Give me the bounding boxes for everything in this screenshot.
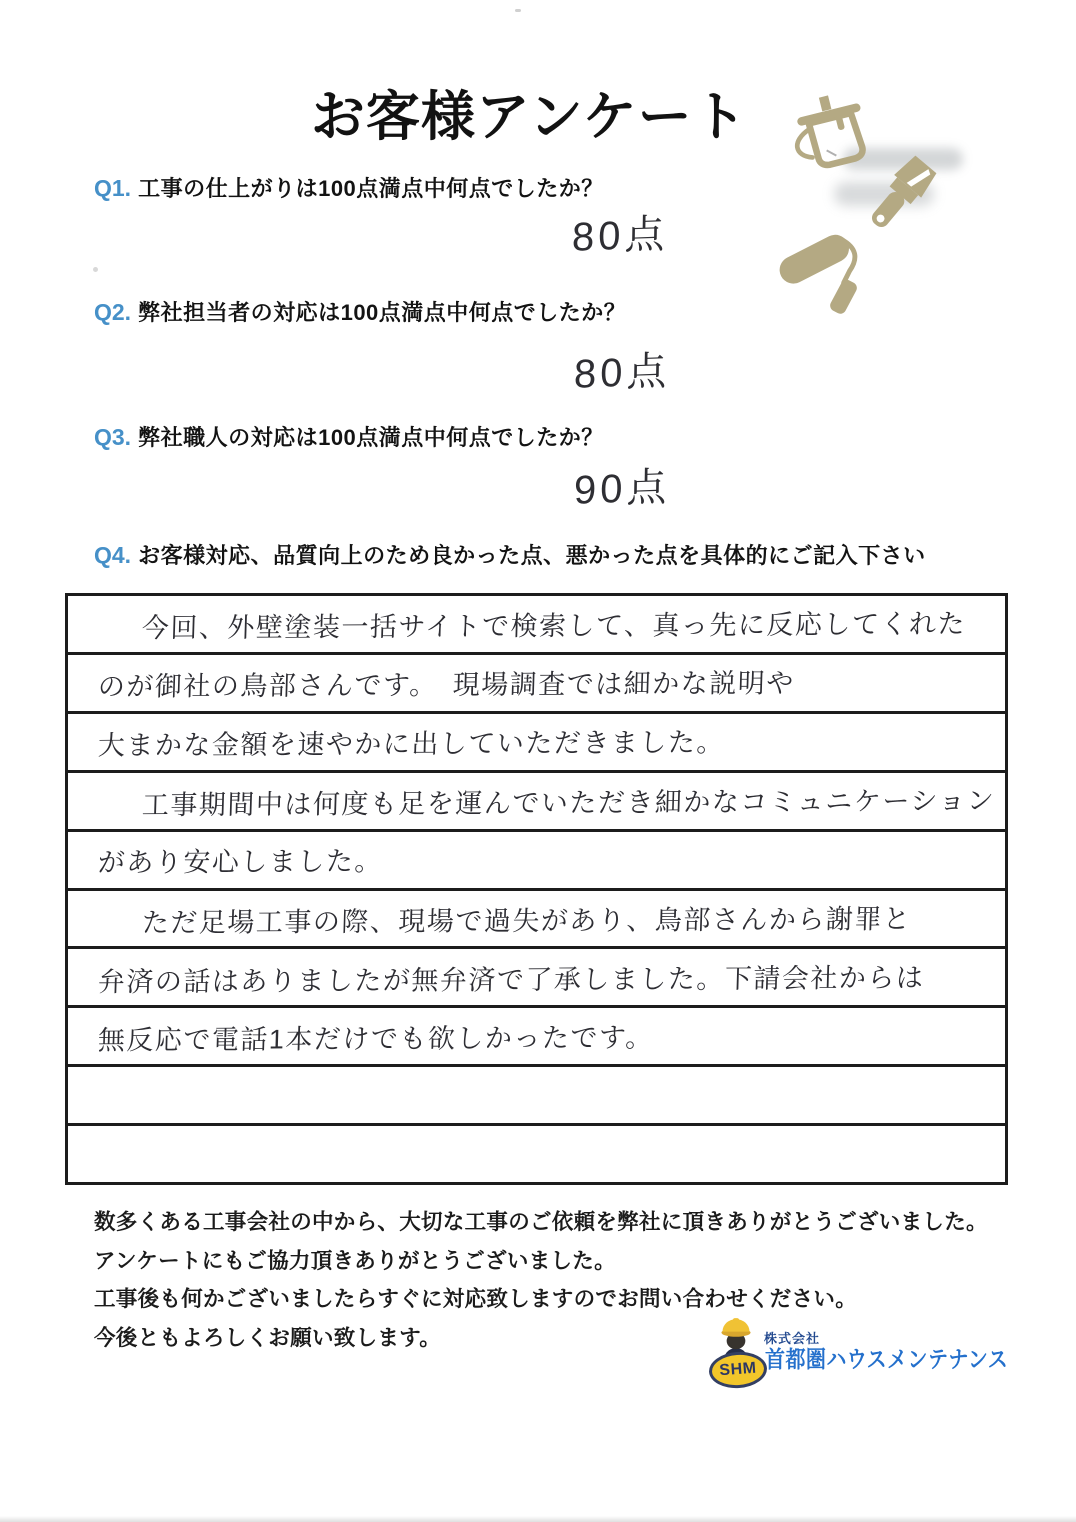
- page-title: お客様アンケート: [311, 74, 748, 151]
- paint-roller-icon: [774, 220, 884, 318]
- question-1-handwritten-answer: 80点: [572, 202, 669, 262]
- comment-line: があり安心しました。: [68, 832, 1005, 891]
- handwritten-text: 工事期間中は何度も足を運んでいただき細かなコミュニケーション: [141, 779, 996, 822]
- question-4-label: Q4.: [94, 542, 131, 569]
- question-2-handwritten-answer: 80点: [574, 339, 671, 399]
- comment-line-empty: [68, 1067, 1005, 1126]
- comment-line: 大まかな金額を速やかに出していただきました。: [68, 714, 1005, 773]
- comment-line: ただ足場工事の際、現場で過失があり、鳥部さんから謝罪と: [68, 891, 1005, 950]
- comment-line: 今回、外壁塗装一括サイトで検索して、真っ先に反応してくれた: [68, 596, 1005, 655]
- scan-speck: [515, 9, 521, 12]
- question-2-label: Q2.: [94, 299, 131, 326]
- question-1-label: Q1.: [94, 175, 131, 202]
- scan-edge-shadow: [0, 1516, 1076, 1522]
- footer-line-2: アンケートにもご協力頂きありがとうございました。: [94, 1242, 974, 1281]
- handwritten-text: があり安心しました。: [97, 839, 383, 879]
- handwritten-text: のが御社の鳥部さんです。 現場調査では細かな説明や: [97, 662, 795, 705]
- question-1-text: 工事の仕上がりは100点満点中何点でしたか？: [138, 172, 604, 203]
- comment-line: 工事期間中は何度も足を運んでいただき細かなコミュニケーション: [68, 773, 1005, 832]
- handwritten-text: ただ足場工事の際、現場で過失があり、鳥部さんから謝罪と: [141, 897, 912, 940]
- survey-scan-page: お客様アンケート: [0, 0, 1076, 1522]
- question-2-text: 弊社担当者の対応は100点満点中何点でしたか？: [138, 296, 626, 327]
- handwritten-text: 今回、外壁塗装一括サイトで検索して、真っ先に反応してくれた: [141, 602, 966, 645]
- question-2: Q2. 弊社担当者の対応は100点満点中何点でしたか？: [94, 296, 626, 327]
- question-3-text: 弊社職人の対応は100点満点中何点でしたか？: [138, 421, 604, 452]
- comment-box: 今回、外壁塗装一括サイトで検索して、真っ先に反応してくれた のが御社の鳥部さんで…: [65, 593, 1008, 1185]
- company-name: 首都圏ハウスメンテナンス: [765, 1341, 1008, 1374]
- question-3: Q3. 弊社職人の対応は100点満点中何点でしたか？: [94, 421, 604, 452]
- scan-speck: [93, 267, 98, 272]
- company-logo: SHM 株式会社 首都圏ハウスメンテナンス: [700, 1314, 1010, 1398]
- comment-line: 弁済の話はありましたが無弁済で了承しました。下請会社からは: [68, 949, 1005, 1008]
- handwritten-text: 弁済の話はありましたが無弁済で了承しました。下請会社からは: [97, 956, 925, 999]
- question-1: Q1. 工事の仕上がりは100点満点中何点でしたか？: [94, 172, 604, 203]
- handwritten-text: 大まかな金額を速やかに出していただきました。: [97, 721, 725, 763]
- question-3-label: Q3.: [94, 424, 131, 451]
- question-4: Q4. お客様対応、品質向上のため良かった点、悪かった点を具体的にご記入下さい: [94, 539, 926, 570]
- comment-line-empty: [68, 1126, 1005, 1182]
- footer-line-3: 工事後も何かございましたらすぐに対応致しますのでお問い合わせください。: [94, 1280, 974, 1319]
- footer-line-1: 数多くある工事会社の中から、大切な工事のご依頼を弊社に頂きありがとうございました…: [94, 1203, 974, 1242]
- question-4-text: お客様対応、品質向上のため良かった点、悪かった点を具体的にご記入下さい: [138, 539, 926, 570]
- handwritten-text: 無反応で電話1本だけでも欲しかったです。: [97, 1015, 654, 1057]
- comment-line: のが御社の鳥部さんです。 現場調査では細かな説明や: [68, 655, 1005, 714]
- comment-line: 無反応で電話1本だけでも欲しかったです。: [68, 1008, 1005, 1067]
- question-3-handwritten-answer: 90点: [574, 455, 671, 515]
